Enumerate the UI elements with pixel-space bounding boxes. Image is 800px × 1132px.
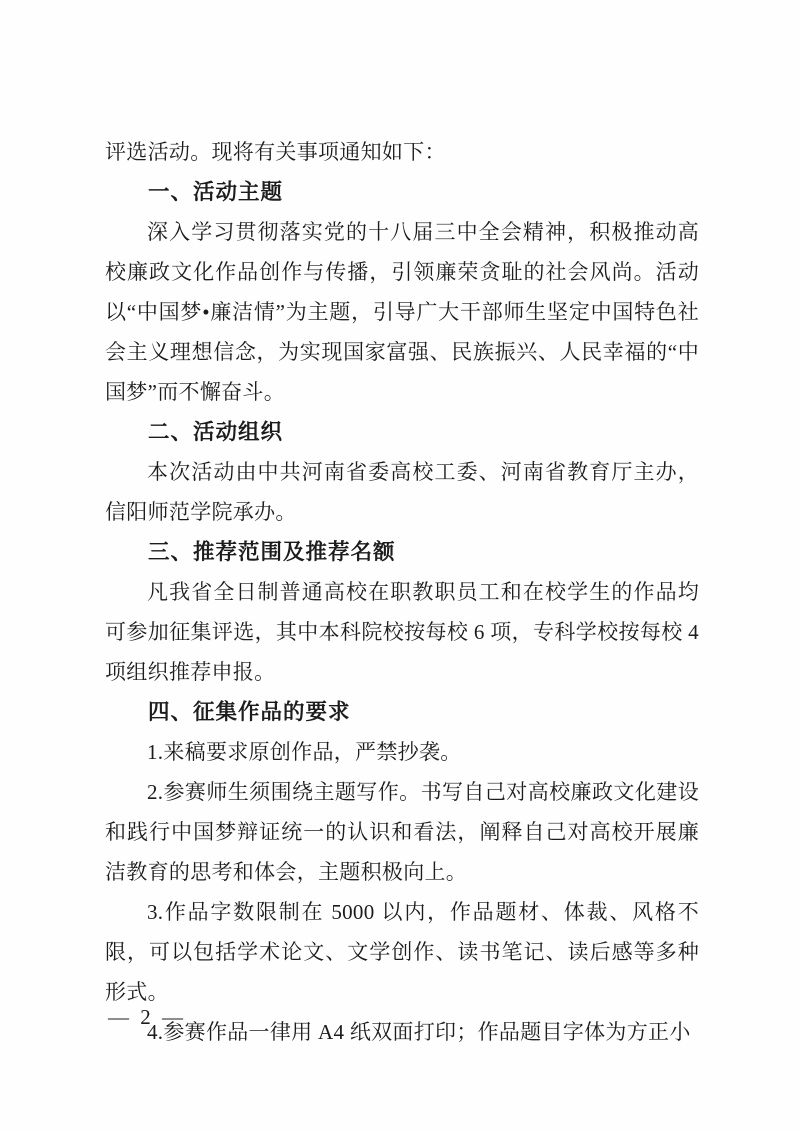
document-page: 评选活动。现将有关事项通知如下： 一、活动主题 深入学习贯彻落实党的十八届三中全… [0, 0, 800, 1132]
paragraph-activity-organization: 本次活动由中共河南省委高校工委、河南省教育厅主办，信阳师范学院承办。 [105, 452, 699, 532]
paragraph-requirement-4: 4.参赛作品一律用 A4 纸双面打印；作品题目字体为方正小 [105, 1012, 699, 1052]
document-body: 评选活动。现将有关事项通知如下： 一、活动主题 深入学习贯彻落实党的十八届三中全… [105, 132, 699, 1052]
paragraph-requirement-2: 2.参赛师生须围绕主题写作。书写自己对高校廉政文化建设和践行中国梦辩证统一的认识… [105, 772, 699, 892]
paragraph-continuation: 评选活动。现将有关事项通知如下： [105, 132, 699, 172]
paragraph-requirement-3: 3.作品字数限制在 5000 以内，作品题材、体裁、风格不限，可以包括学术论文、… [105, 892, 699, 1012]
paragraph-recommendation-scope: 凡我省全日制普通高校在职教职员工和在校学生的作品均可参加征集评选，其中本科院校按… [105, 572, 699, 692]
section-heading-activity-theme: 一、活动主题 [105, 172, 699, 212]
section-heading-recommendation-scope: 三、推荐范围及推荐名额 [105, 532, 699, 572]
paragraph-requirement-1: 1.来稿要求原创作品，严禁抄袭。 [105, 732, 699, 772]
page-number: — 2 — [108, 1001, 186, 1033]
paragraph-activity-theme: 深入学习贯彻落实党的十八届三中全会精神，积极推动高校廉政文化作品创作与传播，引领… [105, 212, 699, 412]
section-heading-submission-requirements: 四、征集作品的要求 [105, 692, 699, 732]
section-heading-activity-organization: 二、活动组织 [105, 412, 699, 452]
